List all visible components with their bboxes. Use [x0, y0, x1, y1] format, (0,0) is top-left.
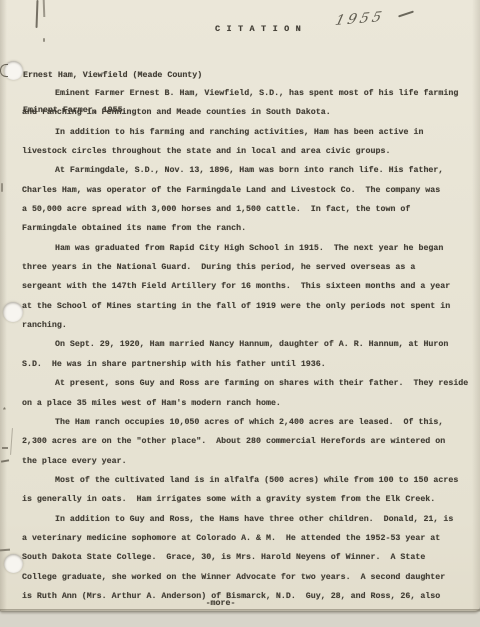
pencil-stroke-mark	[43, 0, 45, 17]
scan-edge-right	[472, 0, 480, 611]
page-title: C I T A T I O N	[215, 24, 301, 34]
text-line: At Farmingdale, S.D., Nov. 13, 1896, Ham…	[22, 161, 470, 180]
document-body: Eminent Farmer Ernest B. Ham, Viewfield,…	[22, 84, 470, 606]
text-line: is generally in oats. Ham irrigates some…	[22, 490, 470, 509]
text-line: On Sept. 29, 1920, Ham married Nancy Han…	[22, 335, 470, 354]
text-line: Ham was graduated from Rapid City High S…	[22, 239, 470, 258]
text-line: South Dakota State College. Grace, 30, i…	[22, 548, 470, 567]
scanned-page: C I T A T I O N 1955 Ernest Ham, Viewfie…	[0, 0, 480, 611]
text-line: ranching.	[22, 316, 470, 335]
text-line: In addition to his farming and ranching …	[22, 123, 470, 142]
text-line: the place every year.	[22, 452, 470, 471]
text-line: College graduate, she worked on the Winn…	[22, 568, 470, 587]
text-line: S.D. He was in share partnership with hi…	[22, 355, 470, 374]
text-line: In addition to Guy and Ross, the Hams ha…	[22, 510, 470, 529]
pencil-curve-mark	[10, 428, 13, 455]
text-line: Charles Ham, was operator of the Farming…	[22, 181, 470, 200]
handwritten-flick-mark	[398, 11, 414, 18]
heading-name-line: Ernest Ham, Viewfield (Meade County)	[23, 70, 202, 82]
text-line: At present, sons Guy and Ross are farmin…	[22, 374, 470, 393]
text-line: The Ham ranch occupies 10,050 acres of w…	[22, 413, 470, 432]
pencil-stroke-mark	[36, 0, 39, 28]
text-line: 2,300 acres are on the "other place". Ab…	[22, 432, 470, 451]
text-line: three years in the National Guard. Durin…	[22, 258, 470, 277]
text-line: Most of the cultivated land is in alfalf…	[22, 471, 470, 490]
text-line: a 50,000 acre spread with 3,000 horses a…	[22, 200, 470, 219]
text-line: and ranching in Pennington and Meade cou…	[22, 103, 470, 122]
text-line: on a place 35 miles west of Ham's modern…	[22, 394, 470, 413]
scan-edge-left	[0, 0, 7, 611]
text-line: a veterinary medicine sophomore at Color…	[22, 529, 470, 548]
text-line: Eminent Farmer Ernest B. Ham, Viewfield,…	[22, 84, 470, 103]
handwritten-year: 1955	[334, 9, 387, 29]
text-line: sergeant with the 147th Field Artillery …	[22, 277, 470, 296]
text-line: livestock circles throughout the state a…	[22, 142, 470, 161]
text-line: Farmingdale obtained its name from the r…	[22, 219, 470, 238]
text-line: at the School of Mines starting in the f…	[22, 297, 470, 316]
pencil-dot-mark	[43, 38, 45, 42]
paper-bottom-edge	[0, 609, 480, 612]
